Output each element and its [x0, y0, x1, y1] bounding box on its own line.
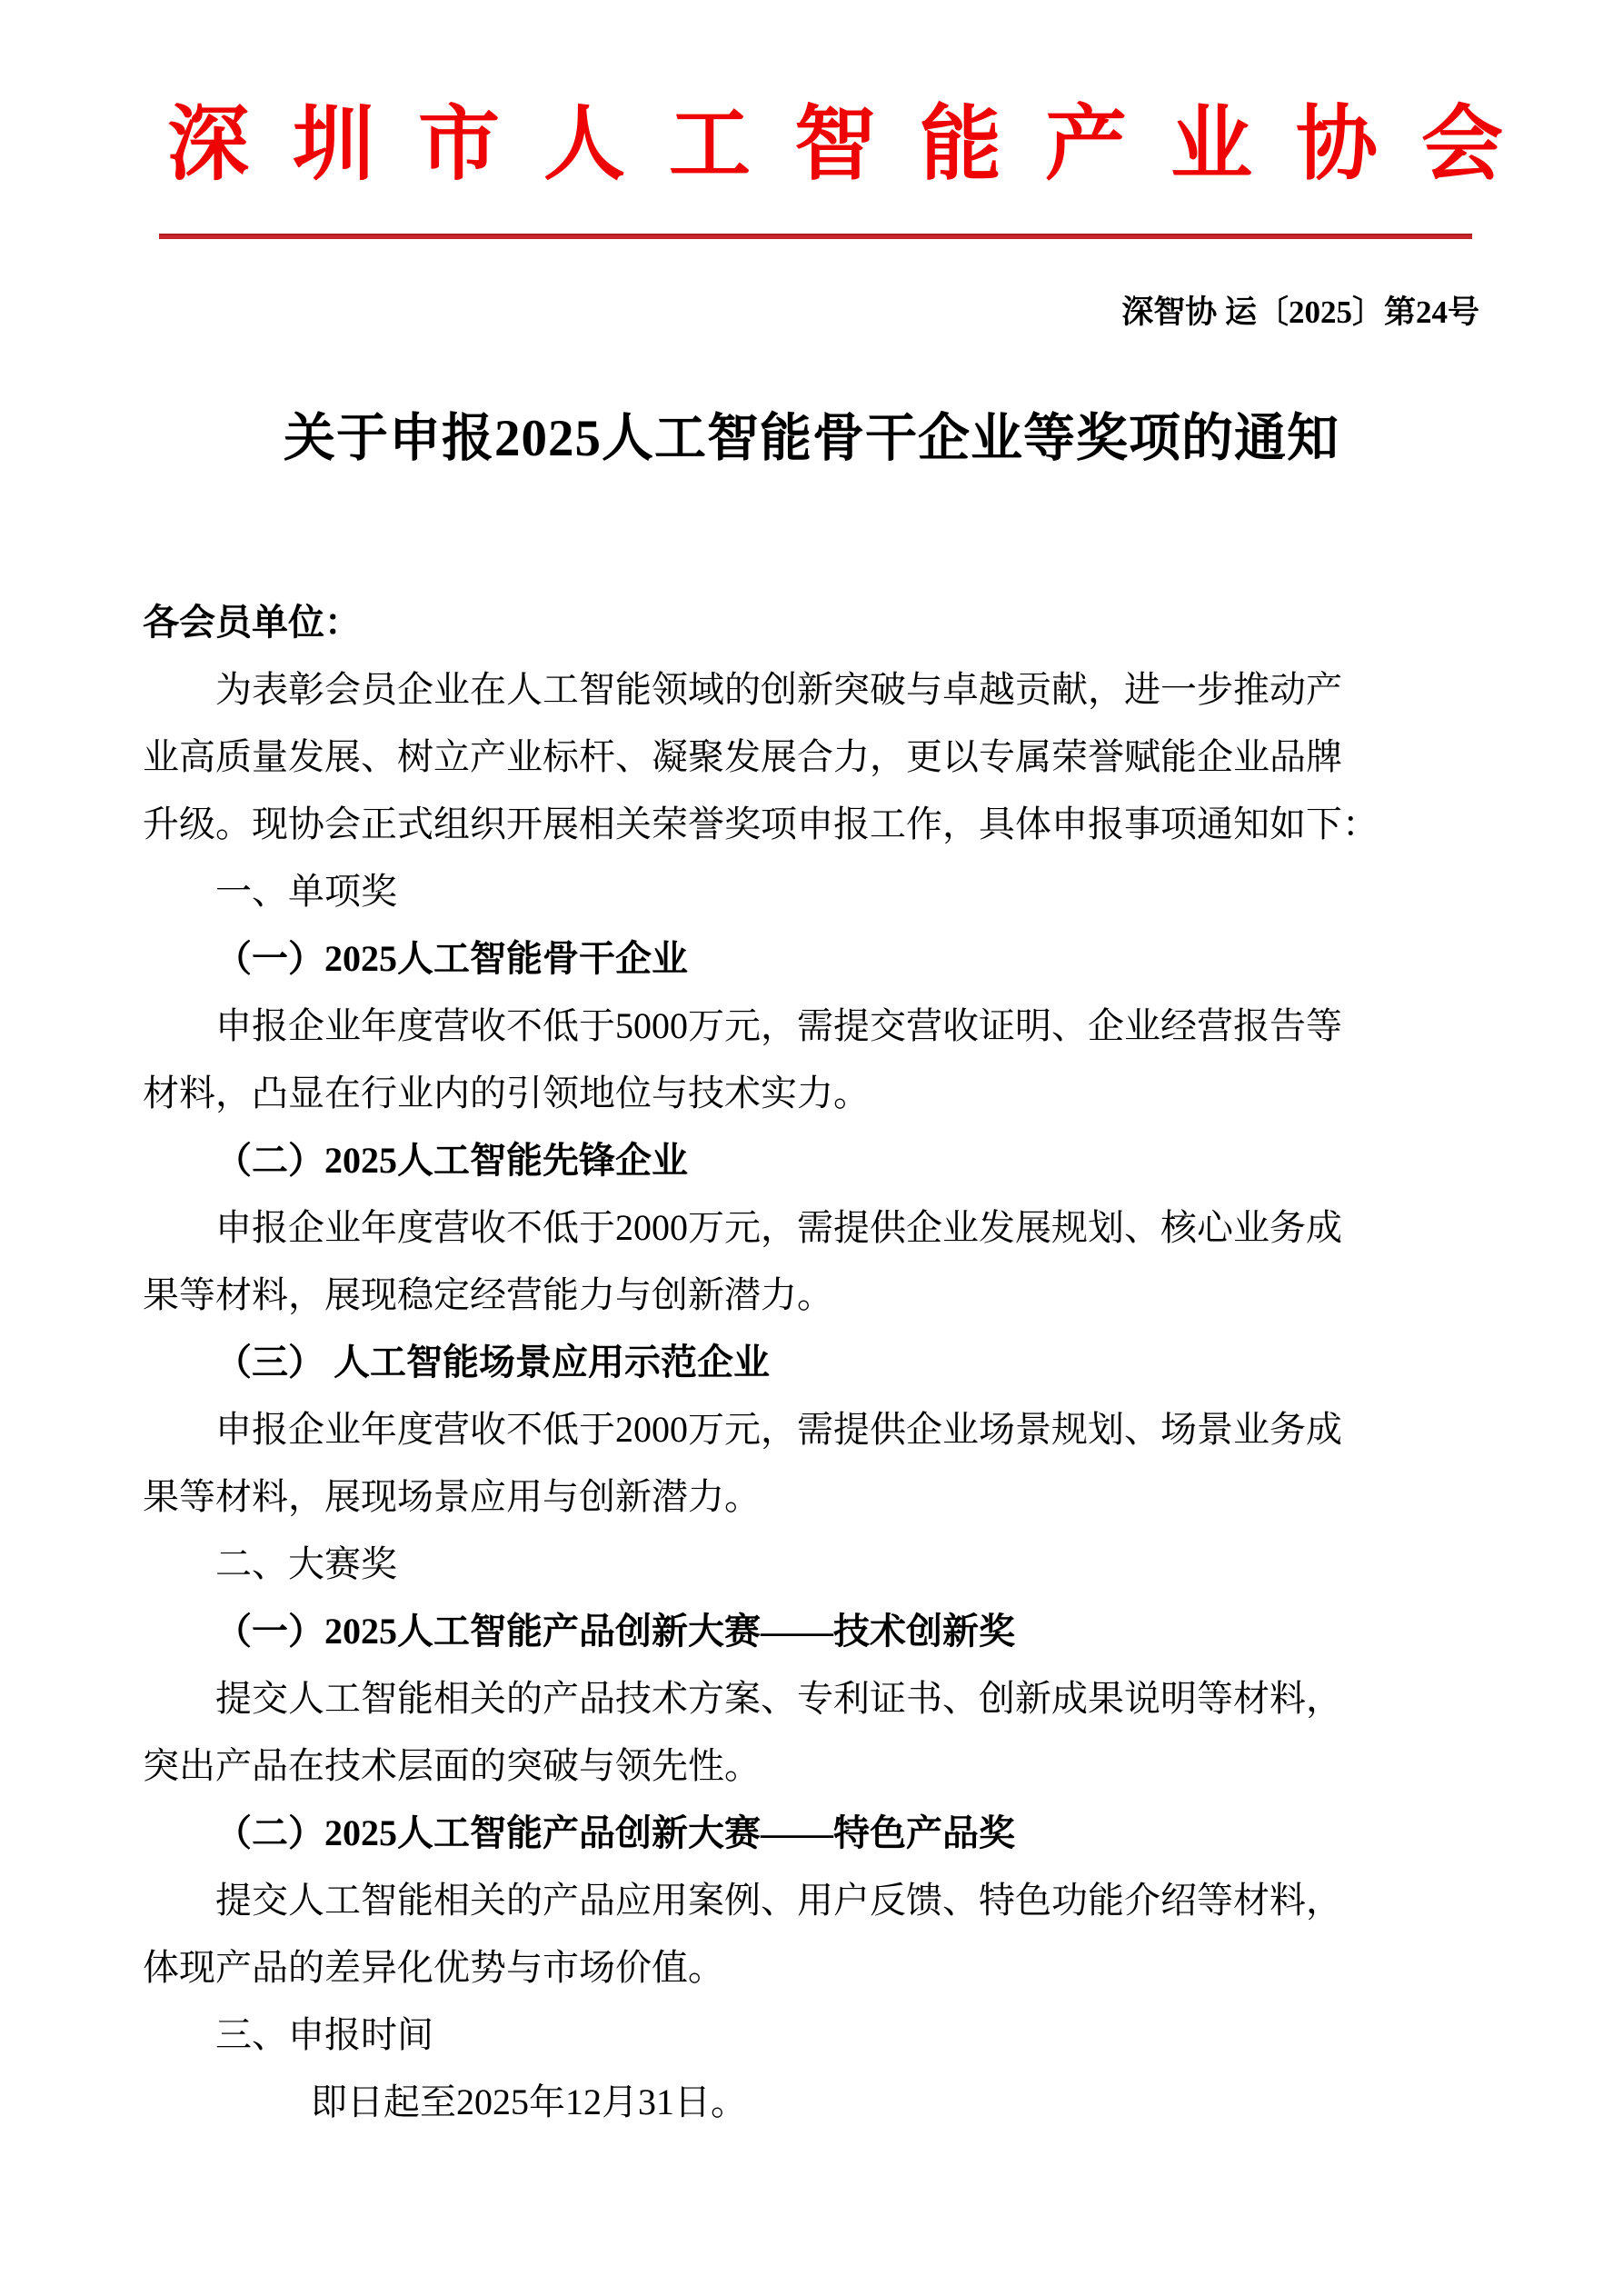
award-2-1-desc-line-2: 突出产品在技术层面的突破与领先性。 — [143, 1732, 1492, 1800]
award-1-1-desc-line-1: 申报企业年度营收不低于5000万元，需提交营收证明、企业经营报告等 — [143, 993, 1492, 1060]
doc-title: 关于申报2025人工智能骨干企业等奖项的通知 — [0, 405, 1623, 473]
award-1-3-heading: （三） 人工智能场景应用示范企业 — [143, 1329, 1492, 1396]
award-2-2-desc-line-2: 体现产品的差异化优势与市场价值。 — [143, 1934, 1492, 2002]
org-name-header: 深圳市人工智能产业协会 — [167, 100, 1547, 191]
award-2-2-heading: （二）2025人工智能产品创新大赛——特色产品奖 — [143, 1800, 1492, 1867]
intro-line-2: 业高质量发展、树立产业标杆、凝聚发展合力，更以专属荣誉赋能企业品牌 — [143, 724, 1492, 791]
salutation: 各会员单位： — [143, 589, 1492, 656]
deadline-line: 即日起至2025年12月31日。 — [143, 2069, 1492, 2136]
award-1-3-desc-line-1: 申报企业年度营收不低于2000万元，需提供企业场景规划、场景业务成 — [143, 1396, 1492, 1463]
award-2-1-desc-line-1: 提交人工智能相关的产品技术方案、专利证书、创新成果说明等材料， — [143, 1665, 1492, 1732]
award-2-2-desc-line-1: 提交人工智能相关的产品应用案例、用户反馈、特色功能介绍等材料， — [143, 1867, 1492, 1934]
intro-line-1: 为表彰会员企业在人工智能领域的创新突破与卓越贡献，进一步推动产 — [143, 656, 1492, 724]
document-page: 深圳市人工智能产业协会 深智协 运〔2025〕第24号 关于申报2025人工智能… — [0, 0, 1623, 2296]
award-1-2-heading: （二）2025人工智能先锋企业 — [143, 1127, 1492, 1194]
award-1-2-desc-line-2: 果等材料，展现稳定经营能力与创新潜力。 — [143, 1262, 1492, 1329]
award-1-1-desc-line-2: 材料，凸显在行业内的引领地位与技术实力。 — [143, 1060, 1492, 1127]
section-2-heading: 二、大赛奖 — [143, 1531, 1492, 1598]
section-3-heading: 三、申报时间 — [143, 2002, 1492, 2069]
award-1-2-desc-line-1: 申报企业年度营收不低于2000万元，需提供企业发展规划、核心业务成 — [143, 1194, 1492, 1262]
award-1-3-desc-line-2: 果等材料，展现场景应用与创新潜力。 — [143, 1463, 1492, 1531]
doc-number: 深智协 运〔2025〕第24号 — [143, 291, 1479, 334]
award-1-1-heading: （一）2025人工智能骨干企业 — [143, 925, 1492, 993]
doc-body: 各会员单位： 为表彰会员企业在人工智能领域的创新突破与卓越贡献，进一步推动产 业… — [143, 589, 1492, 2136]
award-2-1-heading: （一）2025人工智能产品创新大赛——技术创新奖 — [143, 1598, 1492, 1665]
section-1-heading: 一、单项奖 — [143, 858, 1492, 925]
intro-line-3: 升级。现协会正式组织开展相关荣誉奖项申报工作，具体申报事项通知如下： — [143, 791, 1492, 858]
header-divider-line — [159, 234, 1472, 239]
